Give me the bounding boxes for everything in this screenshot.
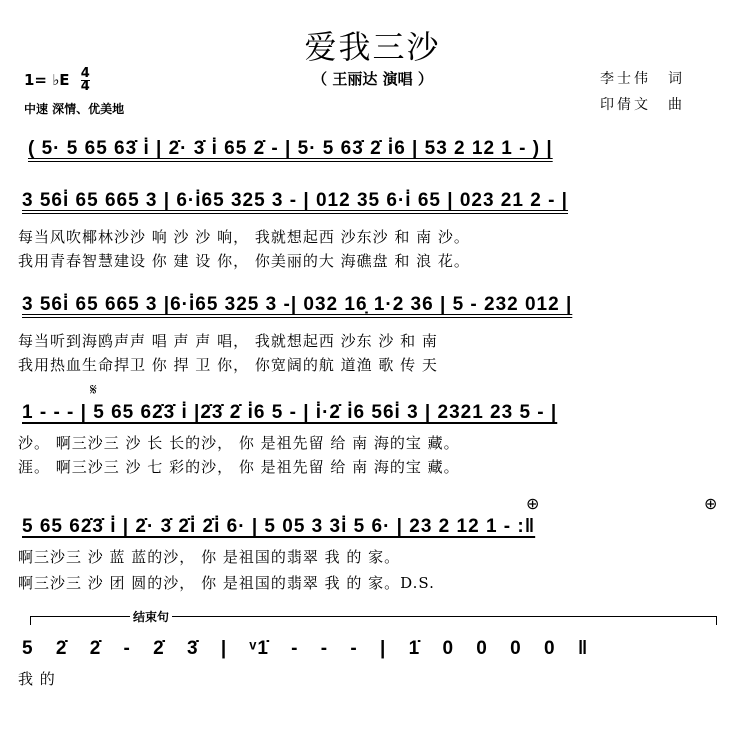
time-signature: 4 4 (81, 68, 90, 93)
score-line-1: 3 56i̇ 65 665 3 | 6·i̇65 325 3 - | 012 3… (22, 190, 568, 212)
lyrics-line-1-verse-1: 每当风吹椰林沙沙 响 沙 沙 响， 我就想起西 沙东沙 和 南 沙。 (18, 226, 470, 247)
coda-icon: ⊕ (526, 494, 539, 513)
ending-label: 结束句 (130, 608, 172, 625)
tempo-marking: 中速 深情、优美地 (24, 100, 124, 117)
lyricist-credit: 李士伟 词 (600, 68, 685, 88)
score-line-ending: 5 2̇ 2̇ - 2̇ 3̇ | ᵛ1̇ - - - | 1̇ 0 0 0 0… (22, 638, 588, 660)
lyrics-line-4-verse-1: 啊三沙三 沙 蓝 蓝的沙， 你 是祖国的翡翠 我 的 家。 (18, 546, 400, 567)
lyrics-line-3-verse-1: 沙。 啊三沙三 沙 长 长的沙， 你 是祖先留 给 南 海的宝 藏。 (18, 432, 460, 453)
time-denominator: 4 (81, 81, 90, 93)
key-label: 1= ♭E (24, 71, 70, 89)
song-title: 爱我三沙 (0, 22, 745, 68)
lyrics-line-2-verse-1: 每当听到海鸥声声 唱 声 声 唱， 我就想起西 沙东 沙 和 南 (18, 330, 438, 351)
lyrics-line-ending: 我 的 (18, 668, 56, 689)
score-line-intro: ( 5· 5 65 63̇ i̇ | 2̇· 3̇ i̇ 65 2̇ - | 5… (28, 138, 553, 160)
coda-icon-end: ⊕ (704, 494, 717, 513)
lyrics-line-4-verse-2: 啊三沙三 沙 团 圆的沙， 你 是祖国的翡翠 我 的 家。D.S. (18, 572, 435, 593)
lyrics-line-2-verse-2: 我用热血生命捍卫 你 捍 卫 你， 你宽阔的航 道渔 歌 传 天 (18, 354, 438, 375)
composer-credit: 印倩文 曲 (600, 94, 685, 114)
segno-icon: 𝄋 (90, 380, 97, 400)
lyrics-line-1-verse-2: 我用青春智慧建设 你 建 设 你， 你美丽的大 海礁盘 和 浪 花。 (18, 250, 470, 271)
lyrics-line-3-verse-2: 涯。 啊三沙三 沙 七 彩的沙， 你 是祖先留 给 南 海的宝 藏。 (18, 456, 460, 477)
key-signature: 1= ♭E 4 4 (24, 68, 90, 93)
score-line-4: 5 65 62̇3̇ i̇ | 2̇· 3̇ 2̇i̇ 2̇i̇ 6· | 5 … (22, 516, 535, 538)
score-line-3: 1 - - - | 5 65 62̇3̇ i̇ |2̇3̇ 2̇ i̇6 5 -… (22, 402, 557, 424)
score-line-2: 3 56i̇ 65 665 3 |6·i̇65 325 3 -| 032 16̣… (22, 294, 572, 316)
